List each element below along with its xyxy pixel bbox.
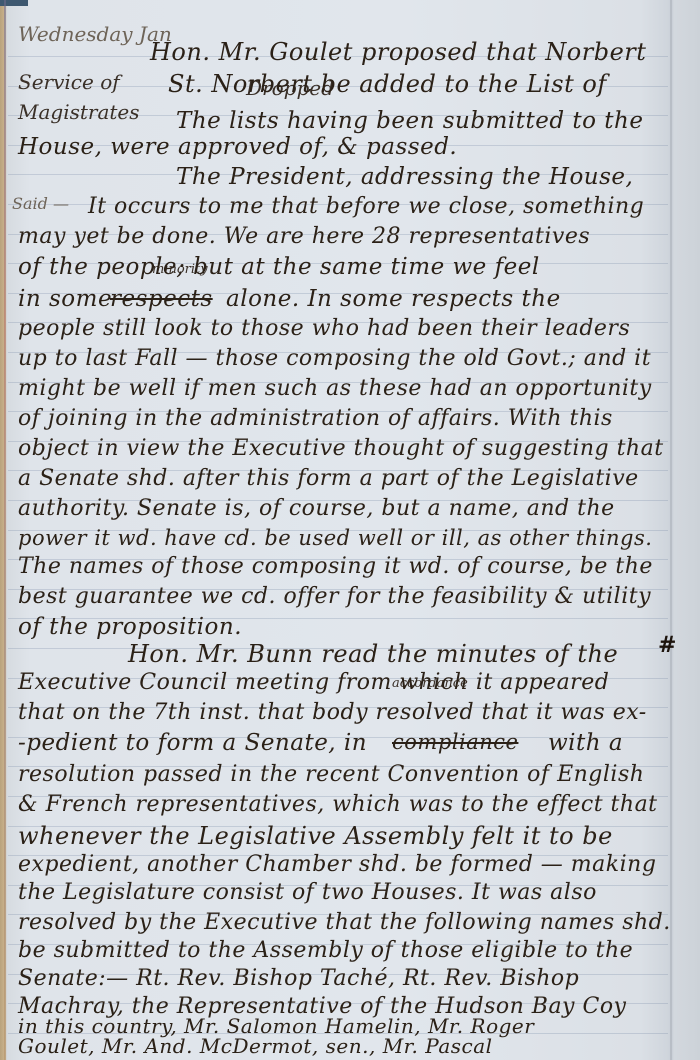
text-line: may yet be done. We are here 28 represen… — [18, 224, 590, 249]
text-line: of the people; but at the same time we f… — [18, 254, 540, 280]
text-line: Goulet, Mr. And. McDermot, sen., Mr. Pas… — [18, 1034, 493, 1058]
text-line: The names of those composing it wd. of c… — [18, 554, 653, 579]
text-line: object in view the Executive thought of … — [18, 436, 664, 461]
text-line: with a — [548, 730, 623, 756]
text-line: & French representatives, which was to t… — [18, 792, 658, 817]
text-line: resolution passed in the recent Conventi… — [18, 762, 644, 787]
text-line: It occurs to me that before we close, so… — [88, 194, 644, 219]
text-line: The lists having been submitted to the — [176, 108, 643, 134]
text-line: people still look to those who had been … — [18, 316, 630, 341]
text-line: -pedient to form a Senate, in — [18, 730, 367, 756]
text-line: The President, addressing the House, — [176, 164, 633, 190]
edit-mark: # — [658, 632, 676, 658]
text-line: in some — [18, 286, 112, 312]
manuscript-page: Wednesday Jan Service of Magistrates Sai… — [0, 0, 700, 1060]
struck-word: compliance — [392, 730, 518, 754]
margin-note-magistrates: Magistrates — [18, 100, 140, 124]
page-fold — [670, 0, 672, 1060]
text-line: whenever the Legislative Assembly felt i… — [18, 822, 613, 850]
margin-note-said: Said — — [12, 194, 69, 213]
text-line: authority. Senate is, of course, but a n… — [18, 496, 615, 521]
text-line: up to last Fall — those composing the ol… — [18, 346, 651, 371]
text-line: expedient, another Chamber shd. be forme… — [18, 852, 656, 877]
text-line: Senate:— Rt. Rev. Bishop Taché, Rt. Rev.… — [18, 966, 579, 991]
text-line: of joining in the administration of affa… — [18, 406, 613, 431]
struck-word: respects — [110, 286, 213, 312]
text-line: of the proposition. — [18, 614, 242, 640]
page-edge — [4, 0, 6, 1060]
text-line: Hon. Mr. Bunn read the minutes of the — [128, 640, 618, 668]
margin-note-date: Wednesday Jan — [18, 22, 172, 46]
text-line: might be well if men such as these had a… — [18, 376, 652, 401]
text-line: a Senate shd. after this form a part of … — [18, 466, 639, 491]
text-line: resolved by the Executive that the follo… — [18, 910, 671, 935]
margin-note-service: Service of — [18, 70, 120, 94]
text-line: best guarantee we cd. offer for the feas… — [18, 584, 651, 609]
text-line: be submitted to the Assembly of those el… — [18, 938, 633, 963]
text-line: alone. In some respects the — [226, 286, 561, 312]
text-line: House, were approved of, & passed. — [18, 134, 457, 160]
text-line: power it wd. have cd. be used well or il… — [18, 526, 652, 550]
text-line: that on the 7th inst. that body resolved… — [18, 700, 647, 725]
text-line: the Legislature consist of two Houses. I… — [18, 880, 597, 905]
text-line: Hon. Mr. Goulet proposed that Norbert — [150, 38, 646, 66]
text-line: St. Norbert be added to the List of — [168, 70, 607, 98]
text-line: Executive Council meeting from which it … — [18, 670, 609, 695]
